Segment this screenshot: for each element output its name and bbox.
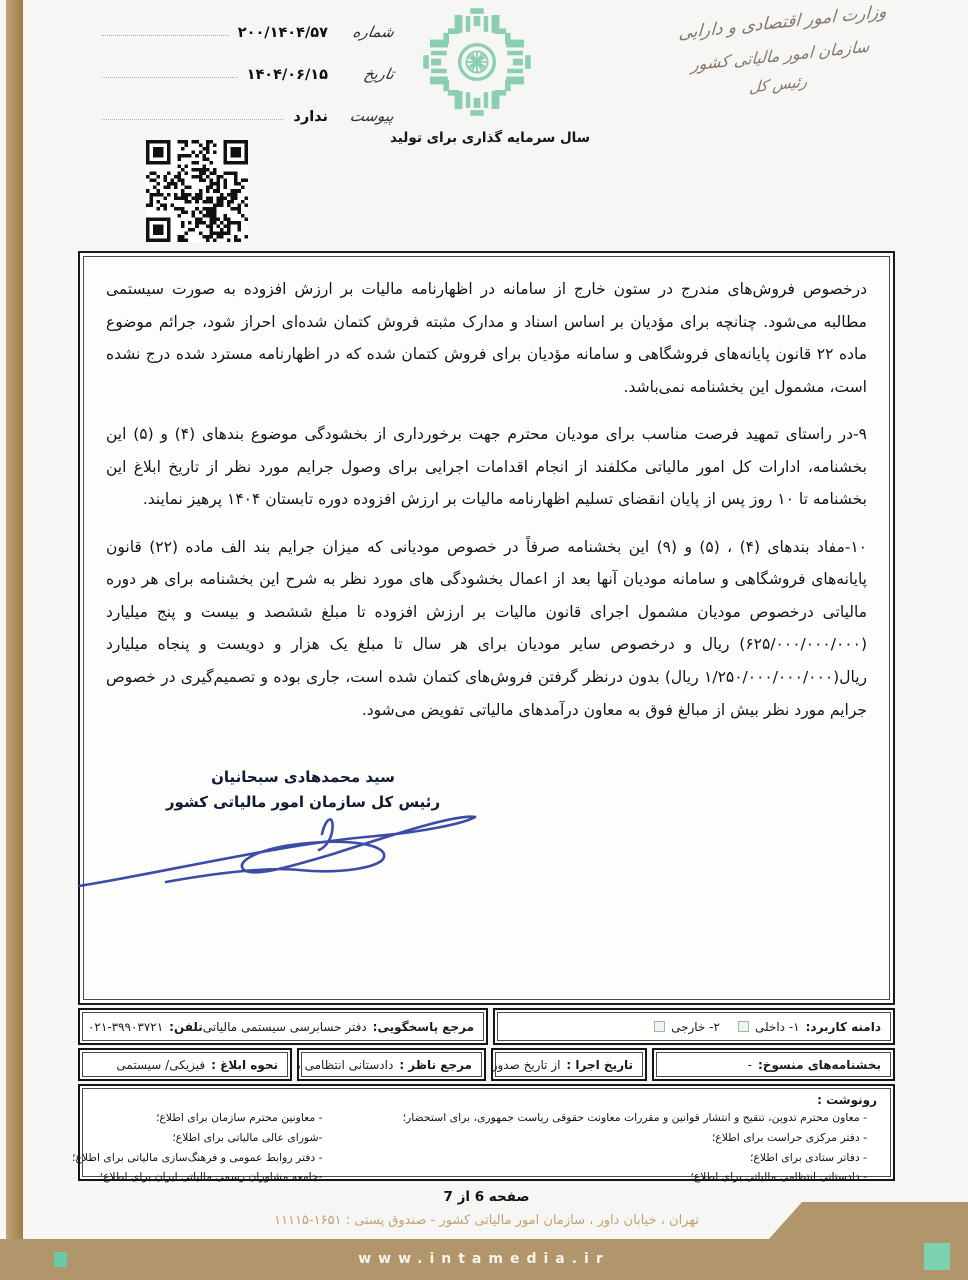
scan-edge-strip: [6, 0, 23, 1241]
body-paragraph: ۱۰-مفاد بندهای (۴) ، (۵) و (۹) این بخشنا…: [106, 531, 867, 726]
cc-distribution-box: رونوشت : - معاون محترم تدوین، تنقیح و ان…: [78, 1084, 895, 1181]
delivery-label: نحوه ابلاغ :: [211, 1058, 278, 1072]
ref-number-label: شماره: [336, 23, 396, 41]
signature-block: سید محمدهادی سبحانیان رئیس کل سازمان امو…: [137, 768, 469, 811]
execution-date-cell: تاریخ اجرا : از تاریخ صدور: [491, 1048, 647, 1081]
body-paragraph: ۹-در راستای تمهید فرصت مناسب برای مودیان…: [106, 418, 867, 516]
footer-band-notch: [768, 1202, 968, 1240]
ref-attachment-value: ندارد: [283, 109, 338, 125]
responder-value: دفتر حسابرسی سیستمی مالیاتی: [203, 1020, 367, 1034]
teal-square-left: [54, 1252, 67, 1267]
cc-item: - دادستانی انتظامی مالیاتی برای اطلاع؛: [323, 1167, 868, 1187]
responder: مرجع پاسخگویی:دفتر حسابرسی سیستمی مالیات…: [203, 1020, 474, 1034]
signatory-name: سید محمدهادی سبحانیان: [137, 768, 469, 786]
phone: تلفن:۰۲۱-۳۹۹۰۳۷۲۱: [88, 1020, 203, 1034]
execution-label: تاریخ اجرا :: [566, 1058, 633, 1072]
ref-attachment-row: پیوست ندارد: [102, 100, 394, 125]
teal-square-right: [924, 1243, 950, 1270]
ruled-line: [102, 119, 283, 120]
execution-value: از تاریخ صدور: [492, 1058, 561, 1072]
supervisor-cell: مرجع ناظر : دادستانی انتظامی مالیاتی: [297, 1048, 486, 1081]
cc-columns: - معاون محترم تدوین، تنقیح و انتشار قوان…: [96, 1108, 877, 1187]
phone-value: ۰۲۱-۳۹۹۰۳۷۲۱: [88, 1020, 163, 1034]
handwritten-signature: [71, 798, 511, 902]
supervisor-label: مرجع ناظر :: [399, 1058, 472, 1072]
cc-item: - معاونین محترم سازمان برای اطلاع؛: [72, 1108, 322, 1128]
scanned-tax-circular-page: وزارت امور اقتصادی و دارایی سازمان امور …: [0, 0, 968, 1280]
cc-item: -شورای عالی مالیاتی برای اطلاع؛: [72, 1128, 322, 1148]
website-url: www.intamedia.ir: [0, 1251, 968, 1267]
ruled-line: [102, 77, 237, 78]
meta-table-row-1: دامنه کاربرد: ۱- داخلی ۲- خارجی مرجع پاس…: [78, 1008, 895, 1045]
ref-number-row: شماره ۲۰۰/۱۴۰۴/۵۷: [102, 16, 394, 41]
ruled-line: [102, 35, 228, 36]
scope-label: دامنه کاربرد:: [806, 1020, 881, 1034]
letter-body-frame: درخصوص فروش‌های مندرج در ستون خارج از سا…: [78, 251, 895, 1005]
ref-date-label: تاریخ: [336, 65, 396, 83]
cc-column-left: - معاونین محترم سازمان برای اطلاع؛ -شورا…: [72, 1108, 322, 1187]
cancelled-label: بخشنامه‌های منسوخ:: [758, 1058, 881, 1072]
phone-label: تلفن:: [169, 1020, 203, 1034]
signatory-title: رئیس کل سازمان امور مالیاتی کشور: [137, 793, 469, 811]
checkbox-internal[interactable]: [738, 1021, 749, 1032]
cc-column-right: - معاون محترم تدوین، تنقیح و انتشار قوان…: [323, 1108, 878, 1187]
cc-item: - معاون محترم تدوین، تنقیح و انتشار قوان…: [323, 1108, 868, 1128]
checkbox-external[interactable]: [654, 1021, 665, 1032]
letterhead: وزارت امور اقتصادی و دارایی سازمان امور …: [626, 0, 935, 109]
scope-cell: دامنه کاربرد: ۱- داخلی ۲- خارجی: [493, 1008, 895, 1045]
cancelled-circulars-cell: بخشنامه‌های منسوخ: -: [652, 1048, 895, 1081]
cc-item: - دفتر مرکزی حراست برای اطلاع؛: [323, 1128, 868, 1148]
cc-item: -جامعه مشاوران رسمی مالیاتی ایران برای ا…: [72, 1167, 322, 1187]
ref-number-value: ۲۰۰/۱۴۰۴/۵۷: [228, 25, 338, 41]
qr-code: [146, 140, 248, 242]
ref-date-value: ۱۴۰۴/۰۶/۱۵: [237, 67, 338, 83]
responder-phone-cell: مرجع پاسخگویی:دفتر حسابرسی سیستمی مالیات…: [78, 1008, 488, 1045]
scope-option-internal: ۱- داخلی: [755, 1020, 800, 1034]
cc-item: - دفاتر ستادی برای اطلاع؛: [323, 1148, 868, 1168]
ref-date-row: تاریخ ۱۴۰۴/۰۶/۱۵: [102, 58, 394, 83]
page-number: صفحه 6 از 7: [78, 1189, 895, 1205]
address-text: تهران ، خیابان داور ، سازمان امور مالیات…: [346, 1213, 699, 1228]
ref-attachment-label: پیوست: [336, 107, 396, 125]
postal-address: تهران ، خیابان داور ، سازمان امور مالیات…: [78, 1213, 895, 1228]
responder-label: مرجع پاسخگویی:: [373, 1020, 474, 1034]
pobox-value: ۱۱۱۱۵-۱۶۵۱: [274, 1213, 342, 1228]
cc-item: - دفتر روابط عمومی و فرهنگ‌سازی مالیاتی …: [72, 1148, 322, 1168]
tax-organization-logo-icon: [418, 6, 536, 118]
supervisor-value: دادستانی انتظامی مالیاتی: [297, 1058, 393, 1072]
body-paragraph: درخصوص فروش‌های مندرج در ستون خارج از سا…: [106, 273, 867, 403]
delivery-method-cell: نحوه ابلاغ : فیزیکی/ سیستمی: [78, 1048, 292, 1081]
meta-table-row-2: بخشنامه‌های منسوخ: - تاریخ اجرا : از تار…: [78, 1048, 895, 1081]
reference-block: شماره ۲۰۰/۱۴۰۴/۵۷ تاریخ ۱۴۰۴/۰۶/۱۵ پیوست…: [102, 16, 394, 142]
cancelled-value: -: [748, 1058, 752, 1072]
cc-title: رونوشت :: [96, 1093, 877, 1107]
delivery-value: فیزیکی/ سیستمی: [116, 1058, 205, 1072]
scope-option-external: ۲- خارجی: [671, 1020, 720, 1034]
